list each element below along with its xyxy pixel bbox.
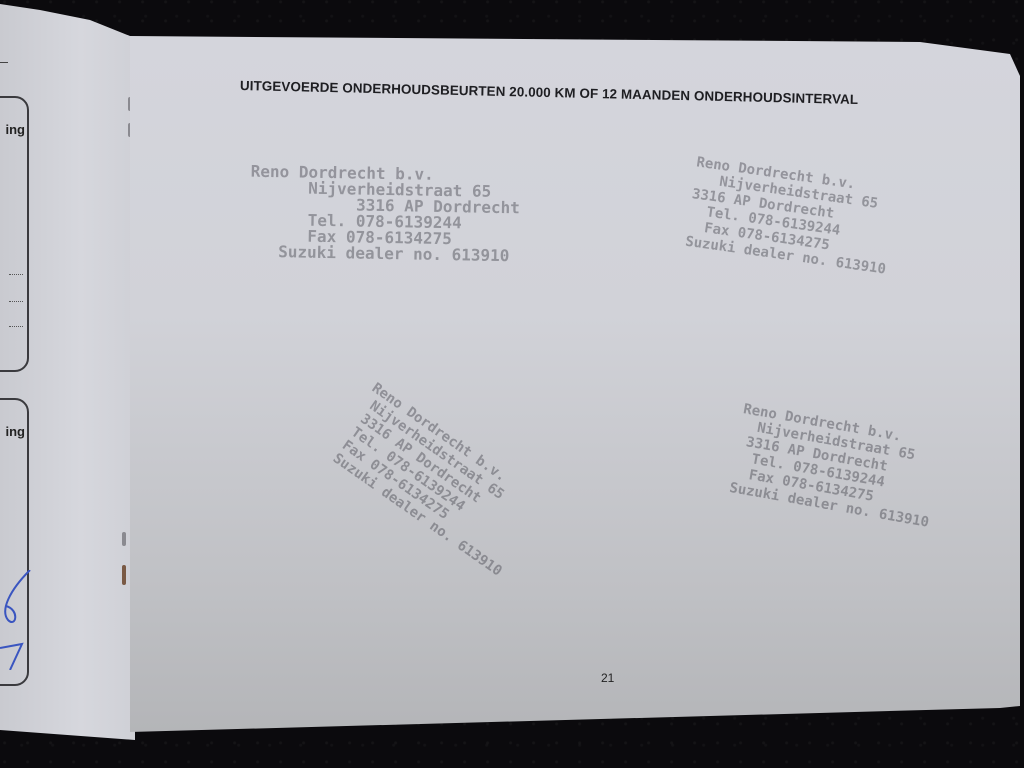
left-card-top-fragment: ing <box>6 122 26 137</box>
left-page: ing ing <box>0 0 135 740</box>
left-card-top: ing <box>0 96 29 372</box>
left-card-bottom-fragment: ing <box>6 424 26 439</box>
left-page-mark <box>0 62 8 63</box>
staple <box>122 565 126 585</box>
page-number: 21 <box>601 671 614 685</box>
right-page <box>130 36 1020 732</box>
handwriting-fragment <box>0 570 40 670</box>
staple <box>122 532 126 546</box>
dealer-stamp: Reno Dordrecht b.v. Nijverheidstraat 65 … <box>249 164 520 265</box>
